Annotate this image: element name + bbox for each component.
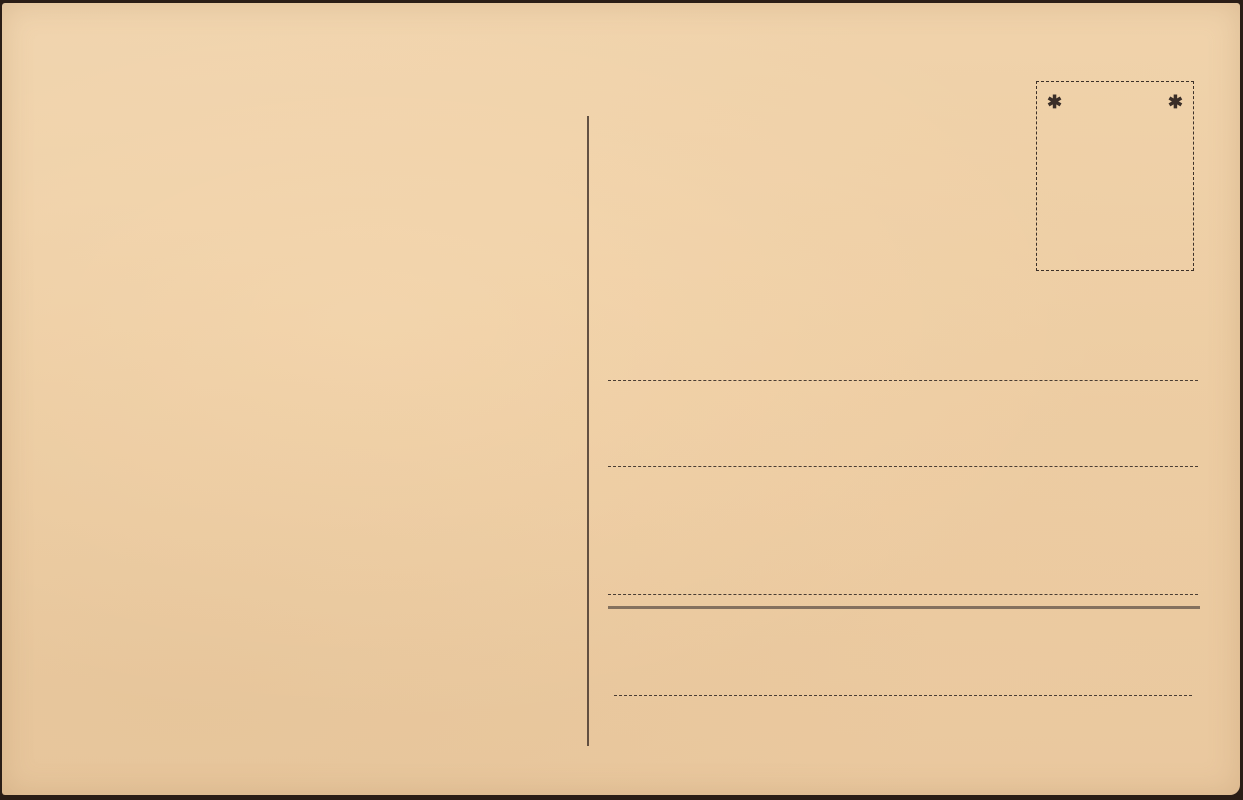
address-line-4 [614, 695, 1192, 696]
address-line-2 [608, 466, 1198, 467]
asterisk-icon: ✱ [1047, 94, 1062, 112]
address-underline-solid [608, 606, 1200, 609]
asterisk-icon: ✱ [1168, 94, 1183, 112]
address-line-3 [608, 594, 1198, 595]
address-line-1 [608, 380, 1198, 381]
stamp-box: ✱ ✱ [1036, 81, 1194, 271]
postcard-back: ✱ ✱ [2, 3, 1240, 795]
center-divider-line [587, 116, 589, 746]
